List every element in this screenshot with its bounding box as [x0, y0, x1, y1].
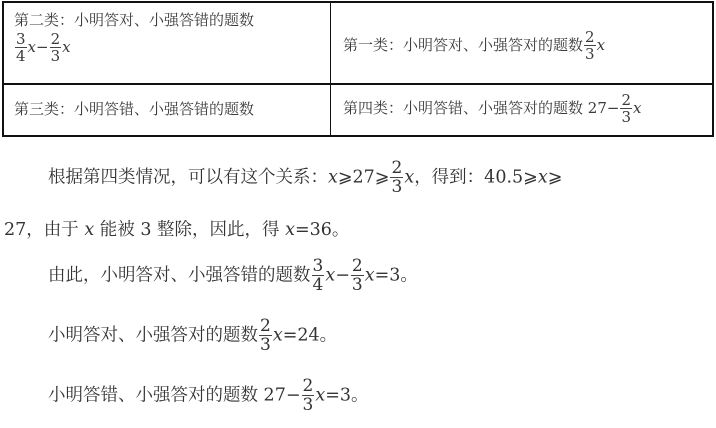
variable: x: [62, 38, 70, 56]
text: =3。: [325, 386, 368, 406]
numerator: 3: [312, 258, 325, 276]
paragraph-result-2: 小明答对、小强答对的题数23x=24。: [48, 318, 337, 354]
cell-label: 第四类：小明答错、小强答对的题数: [343, 99, 583, 117]
expression-prefix: 27−: [583, 99, 619, 117]
cell-category-1: 第一类：小明答对、小强答对的题数23x: [331, 3, 712, 83]
variable: x: [84, 220, 94, 240]
denominator: 3: [390, 178, 403, 196]
fraction: 23: [620, 93, 632, 125]
denominator: 4: [312, 276, 325, 294]
text: ，得到：40.5⩾: [414, 168, 538, 188]
cell-label: 第一类：小明答对、小强答对的题数: [343, 36, 583, 54]
variable: x: [404, 168, 414, 188]
fraction: 23: [390, 160, 403, 196]
fraction: 23: [259, 318, 272, 354]
fraction: 23: [351, 258, 364, 294]
variable: x: [315, 386, 325, 406]
paragraph-result-3: 小明答错、小强答对的题数 27−23x=3。: [48, 378, 369, 414]
classification-table: 第二类：小明答对、小强答错的题数 34x−23x 第一类：小明答对、小强答对的题…: [2, 1, 714, 137]
fraction: 23: [302, 378, 315, 414]
table-divider-horizontal: [4, 83, 712, 85]
fraction: 23: [584, 30, 596, 62]
numerator: 2: [620, 93, 632, 109]
text: 能被 3 整除，因此，得: [94, 220, 285, 240]
table-divider-vertical: [330, 3, 331, 135]
cell-label: 第三类：小明答错、小强答错的题数: [14, 100, 254, 118]
text: 27，由于: [4, 220, 84, 240]
denominator: 3: [620, 109, 632, 125]
fraction: 34: [15, 32, 27, 64]
variable: x: [28, 38, 36, 56]
denominator: 3: [259, 336, 272, 354]
inequality: ⩾: [548, 168, 563, 188]
operator: −: [335, 266, 350, 286]
denominator: 3: [302, 396, 315, 414]
numerator: 2: [351, 258, 364, 276]
text: =3。: [375, 266, 418, 286]
variable: x: [365, 266, 375, 286]
denominator: 4: [15, 48, 27, 64]
text: 小明答对、小强答对的题数: [48, 326, 258, 346]
variable: x: [328, 168, 338, 188]
cell-expression: 34x−23x: [14, 32, 330, 64]
variable: x: [285, 220, 295, 240]
numerator: 2: [584, 30, 596, 46]
numerator: 2: [390, 160, 403, 178]
paragraph-conclusion: 27，由于 x 能被 3 整除，因此，得 x=36。: [4, 216, 349, 241]
operator: −: [36, 38, 49, 56]
fraction: 23: [50, 32, 62, 64]
numerator: 2: [302, 378, 315, 396]
numerator: 2: [50, 32, 62, 48]
text: 由此，小明答对、小强答错的题数: [48, 266, 311, 286]
denominator: 3: [584, 46, 596, 62]
numerator: 3: [15, 32, 27, 48]
variable: x: [633, 99, 641, 117]
inequality: ⩾27⩾: [338, 168, 390, 188]
text: =24。: [283, 326, 337, 346]
text: 根据第四类情况，可以有这个关系：: [48, 168, 328, 188]
numerator: 2: [259, 318, 272, 336]
cell-category-4: 第四类：小明答错、小强答对的题数 27−23x: [331, 84, 712, 135]
variable: x: [273, 326, 283, 346]
text: 小明答错、小强答对的题数 27−: [48, 386, 301, 406]
cell-label: 第二类：小明答对、小强答错的题数: [14, 9, 330, 30]
denominator: 3: [50, 48, 62, 64]
variable: x: [325, 266, 335, 286]
fraction: 34: [312, 258, 325, 294]
cell-category-3: 第三类：小明答错、小强答错的题数: [4, 84, 330, 135]
paragraph-relation: 根据第四类情况，可以有这个关系：x⩾27⩾23x，得到：40.5⩾x⩾: [48, 160, 562, 196]
variable: x: [538, 168, 548, 188]
text: =36。: [295, 220, 349, 240]
variable: x: [597, 36, 605, 54]
cell-category-2: 第二类：小明答对、小强答错的题数 34x−23x: [4, 3, 330, 83]
paragraph-result-1: 由此，小明答对、小强答错的题数34x−23x=3。: [48, 258, 418, 294]
denominator: 3: [351, 276, 364, 294]
